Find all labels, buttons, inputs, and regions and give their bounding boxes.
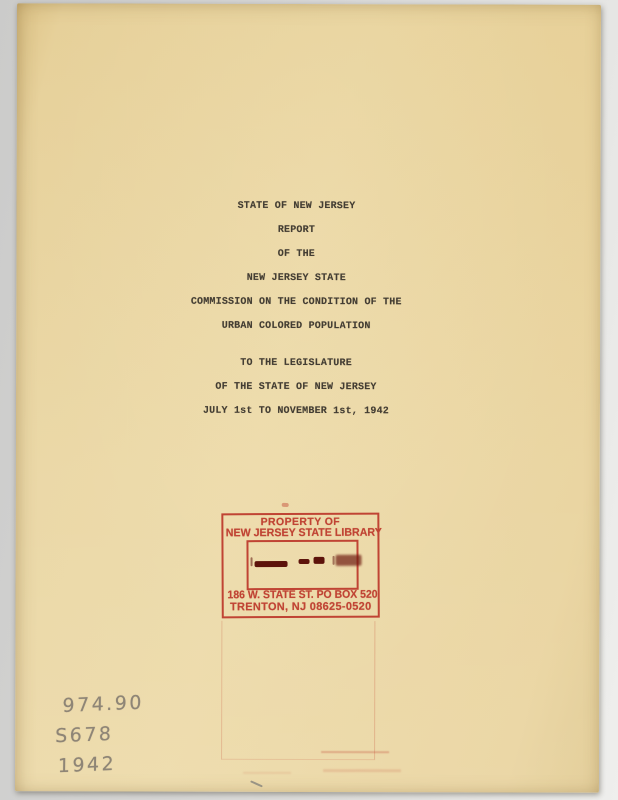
blotted-mark	[251, 557, 253, 566]
blotted-mark	[255, 561, 288, 567]
title-line: COMMISSION ON THE CONDITION OF THE	[16, 290, 576, 315]
title-line: URBAN COLORED POPULATION	[16, 314, 576, 339]
title-line: STATE OF NEW JERSEY	[16, 194, 576, 219]
stamp-inner-box	[246, 540, 358, 590]
stamp-address-line: TRENTON, NJ 08625-0520	[224, 601, 378, 614]
title-line: REPORT	[16, 218, 576, 243]
subtitle-line: TO THE LEGISLATURE	[16, 351, 576, 376]
subtitle-line: OF THE STATE OF NEW JERSEY	[16, 375, 576, 400]
report-subtitle-block: TO THE LEGISLATURE OF THE STATE OF NEW J…	[16, 351, 576, 424]
faded-stamp-outline	[221, 621, 375, 760]
title-line: NEW JERSEY STATE	[16, 266, 576, 291]
document-page: STATE OF NEW JERSEY REPORT OF THE NEW JE…	[15, 3, 601, 793]
stray-pencil-mark	[250, 780, 263, 787]
stamp-library-name-line: NEW JERSEY STATE LIBRARY	[226, 527, 375, 540]
stamp-ink-speck	[282, 503, 289, 507]
faded-stamp-mark	[321, 751, 389, 753]
blotted-mark	[333, 556, 335, 565]
report-title-block: STATE OF NEW JERSEY REPORT OF THE NEW JE…	[16, 194, 576, 339]
faded-stamp-mark	[323, 769, 401, 772]
blotted-smudge	[336, 555, 362, 566]
blotted-mark	[299, 559, 310, 564]
title-line: OF THE	[16, 242, 576, 267]
library-property-stamp: PROPERTY OF NEW JERSEY STATE LIBRARY 186…	[221, 513, 379, 619]
subtitle-line: JULY 1st TO NOVEMBER 1st, 1942	[16, 399, 576, 424]
call-number-cutter: S678	[55, 718, 144, 752]
blotted-mark	[314, 557, 325, 564]
call-number: 974.90 S678 1942	[55, 688, 144, 782]
call-number-year: 1942	[58, 748, 144, 782]
call-number-class: 974.90	[62, 688, 144, 721]
stamp-address-line: 186 W. STATE ST. PO BOX 520	[228, 589, 374, 602]
faded-stamp-mark	[243, 772, 291, 774]
